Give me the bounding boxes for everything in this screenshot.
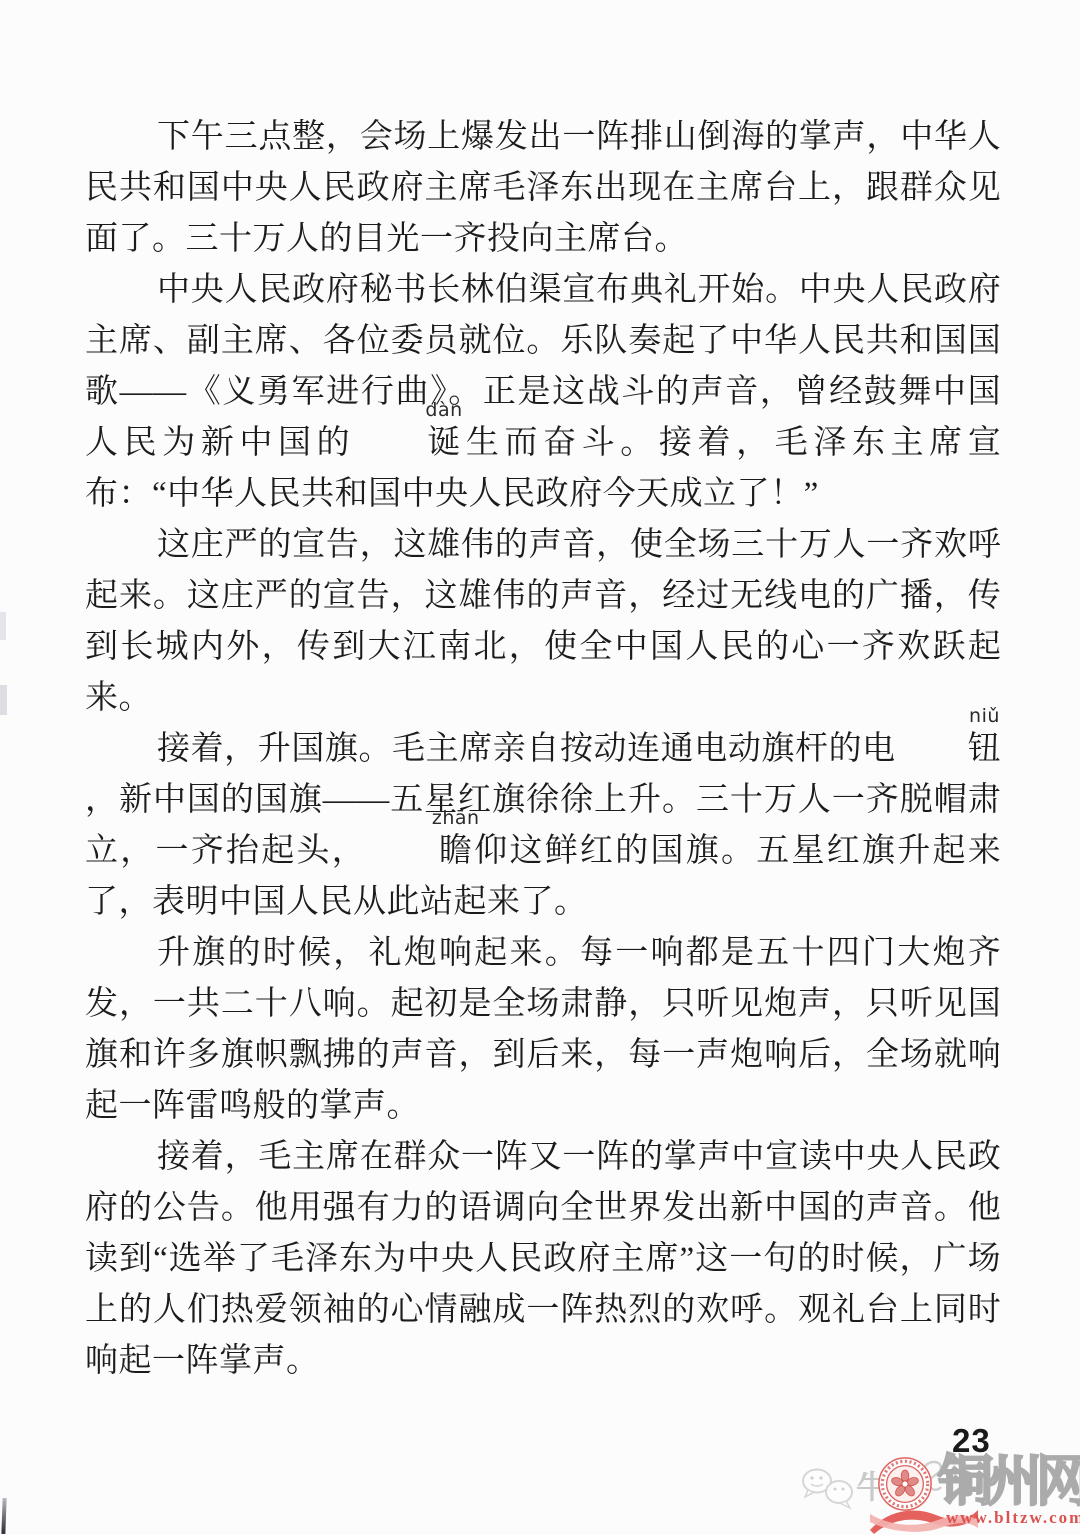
lesson-text: 下午三点整，会场上爆发出一阵排山倒海的掌声，中华人民共和国中央人民政府主席毛泽东…: [85, 112, 1001, 1387]
paragraph: 接着，升国旗。毛主席亲自按动连通电动旗杆的电niǔ钮，新中国的国旗——五星红旗徐…: [85, 724, 1001, 928]
pinyin-label: zhān: [360, 809, 480, 828]
paragraph: 升旗的时候，礼炮响起来。每一响都是五十四门大炮齐发，一共二十八响。起初是全场肃静…: [85, 928, 1001, 1132]
pinyin-annotated-char: niǔ钮: [896, 724, 1002, 775]
pinyin-label: niǔ: [897, 707, 1000, 726]
paragraph: 这庄严的宣告，这雄伟的声音，使全场三十万人一齐欢呼起来。这庄严的宣告，这雄伟的声…: [85, 520, 1001, 724]
scan-artifact: [0, 612, 6, 640]
wechat-icon: [800, 1464, 858, 1512]
scan-artifact: [0, 685, 7, 715]
scan-artifact: [1, 1498, 6, 1534]
watermark: 牛 铜州网 www.bltzw.com: [790, 1452, 1080, 1535]
paragraph: 下午三点整，会场上爆发出一阵排山倒海的掌声，中华人民共和国中央人民政府主席毛泽东…: [85, 112, 1001, 265]
paragraph: 接着，毛主席在群众一阵又一阵的掌声中宣读中央人民政府的公告。他用强有力的语调向全…: [85, 1132, 1001, 1387]
watermark-url: www.bltzw.com: [946, 1508, 1080, 1528]
paragraph: 中央人民政府秘书长林伯渠宣布典礼开始。中央人民政府主席、副主席、各位委员就位。乐…: [85, 265, 1001, 520]
pinyin-annotated-char: zhān瞻: [367, 826, 473, 877]
pinyin-annotated-char: dàn诞: [355, 418, 461, 469]
textbook-page: 下午三点整，会场上爆发出一阵排山倒海的掌声，中华人民共和国中央人民政府主席毛泽东…: [0, 0, 1080, 1535]
pinyin-label: dàn: [353, 401, 462, 420]
